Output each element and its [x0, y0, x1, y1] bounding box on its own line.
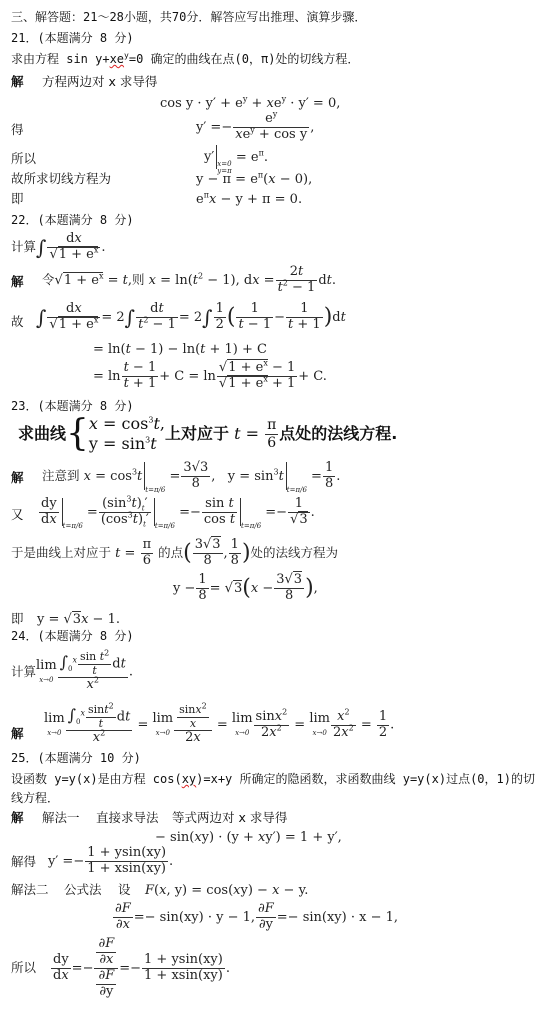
normal-final: y = √3x − 1.	[37, 613, 120, 626]
method2-F-def: F(x, y) = cos(xy) − x − y.	[145, 884, 308, 897]
equation-tangent-final: eπx − y + π = 0.	[196, 193, 302, 206]
equation-y-prime: y′ =−eyxey + cos y,	[196, 112, 314, 143]
you-label: 又	[11, 509, 24, 522]
problem-24-statement: 计算limx→0∫0xsin t2tdtx2.	[11, 651, 133, 693]
method1-result: y′ =−1 + ysin(xy)1 + xsin(xy).	[48, 846, 173, 877]
point-values-line: 注意到 x = cos3tt=π/6 =3√38, y = sin3tt=π/6…	[42, 461, 340, 494]
method2-result: dydx=−∂F∂x∂F∂y=−1 + ysin(xy)1 + xsin(xy)…	[50, 937, 230, 1000]
problem-25-statement-line2: 线方程．	[11, 792, 59, 804]
method2-label: 解法二	[11, 884, 49, 897]
spellcheck-underline: xe	[110, 52, 124, 66]
solution-step-text: 方程两边对 x 求导得	[42, 76, 157, 89]
problem-23-heading: 23．(本题满分 8 分)	[11, 400, 134, 412]
equation-derivative: cos y · y′ + ey + xey · y′ = 0,	[160, 97, 340, 110]
method1-label: 解法一	[42, 812, 80, 825]
ji-label: 即	[11, 613, 24, 626]
solution-label: 解	[11, 472, 24, 485]
problem-22-heading: 22．(本题满分 8 分)	[11, 214, 134, 226]
substitution-line: 令√1 + ex = t,则 x = ln(t2 − 1), dx =2tt2 …	[42, 265, 336, 296]
method1-equation: − sin(xy) · (y + xy′) = 1 + y′,	[155, 831, 342, 844]
gu-label: 故	[11, 316, 24, 329]
method1-text: 等式两边对 x 求导得	[172, 812, 287, 825]
normal-equation: y −18= √3(x −3√38),	[173, 573, 318, 604]
solution-label: 解	[11, 76, 24, 89]
partial-derivatives: ∂F∂x=− sin(xy) · y − 1,∂F∂y=− sin(xy) · …	[112, 902, 398, 933]
spellcheck-underline: xy	[182, 772, 196, 786]
tangent-label: 故所求切线方程为	[11, 173, 111, 186]
problem-21-heading: 21．(本题满分 8 分)	[11, 32, 134, 44]
solution-label: 解	[11, 812, 24, 825]
problem-25-heading: 25．(本题满分 10 分)	[11, 752, 141, 764]
integral-line-1: ∫dx√1 + ex= 2∫dtt2 − 1= 2∫12(1t − 1−1t +…	[36, 302, 346, 333]
suoyi-label: 所以	[11, 962, 36, 975]
method1-name: 直接求导法	[96, 812, 159, 825]
problem-24-heading: 24．(本题满分 8 分)	[11, 630, 134, 642]
suoyi-label: 所以	[11, 153, 36, 166]
ji-label: 即	[11, 193, 24, 206]
integral-line-2: = ln(t − 1) − ln(t + 1) + C	[93, 343, 267, 356]
derivative-line: dydxt=π/6 =(sin3t)t′(cos3t)t′t=π/6 =−sin…	[38, 497, 315, 530]
equation-tangent: y − π = eπ(x − 0),	[196, 173, 312, 186]
integral-line-3: = lnt − 1t + 1+ C = ln√1 + ex − 1√1 + ex…	[93, 361, 327, 392]
de-label: 得	[11, 124, 24, 137]
problem-22-statement: 计算∫dx√1 + ex.	[11, 232, 106, 263]
normal-intro-line: 于是曲线上对应于 t = π6 的点(3√38,18)处的法线方程为	[11, 538, 338, 569]
problem-25-statement-line1: 设函数 y=y(x)是由方程 cos(xy)=x+y 所确定的隐函数，求函数曲线…	[11, 773, 535, 785]
solution-label: 解	[11, 276, 24, 289]
method2-she: 设	[118, 884, 131, 897]
section-header: 三、解答题：21～28小题，共70分．解答应写出推理、演算步骤．	[11, 11, 366, 23]
problem-23-statement: 求曲线{x = cos3t,y = sin3t上对应于 t = π6点处的法线方…	[18, 414, 397, 454]
jiede-label: 解得	[11, 856, 36, 869]
solution-label: 解	[11, 728, 24, 741]
problem-21-statement: 求由方程 sin y+xey=0 确定的曲线在点(0，π)处的切线方程．	[11, 53, 359, 65]
method2-name: 公式法	[64, 884, 102, 897]
limit-solution: limx→0∫0xsint2tdtx2 = limx→0sinx2x2x = l…	[44, 704, 394, 746]
